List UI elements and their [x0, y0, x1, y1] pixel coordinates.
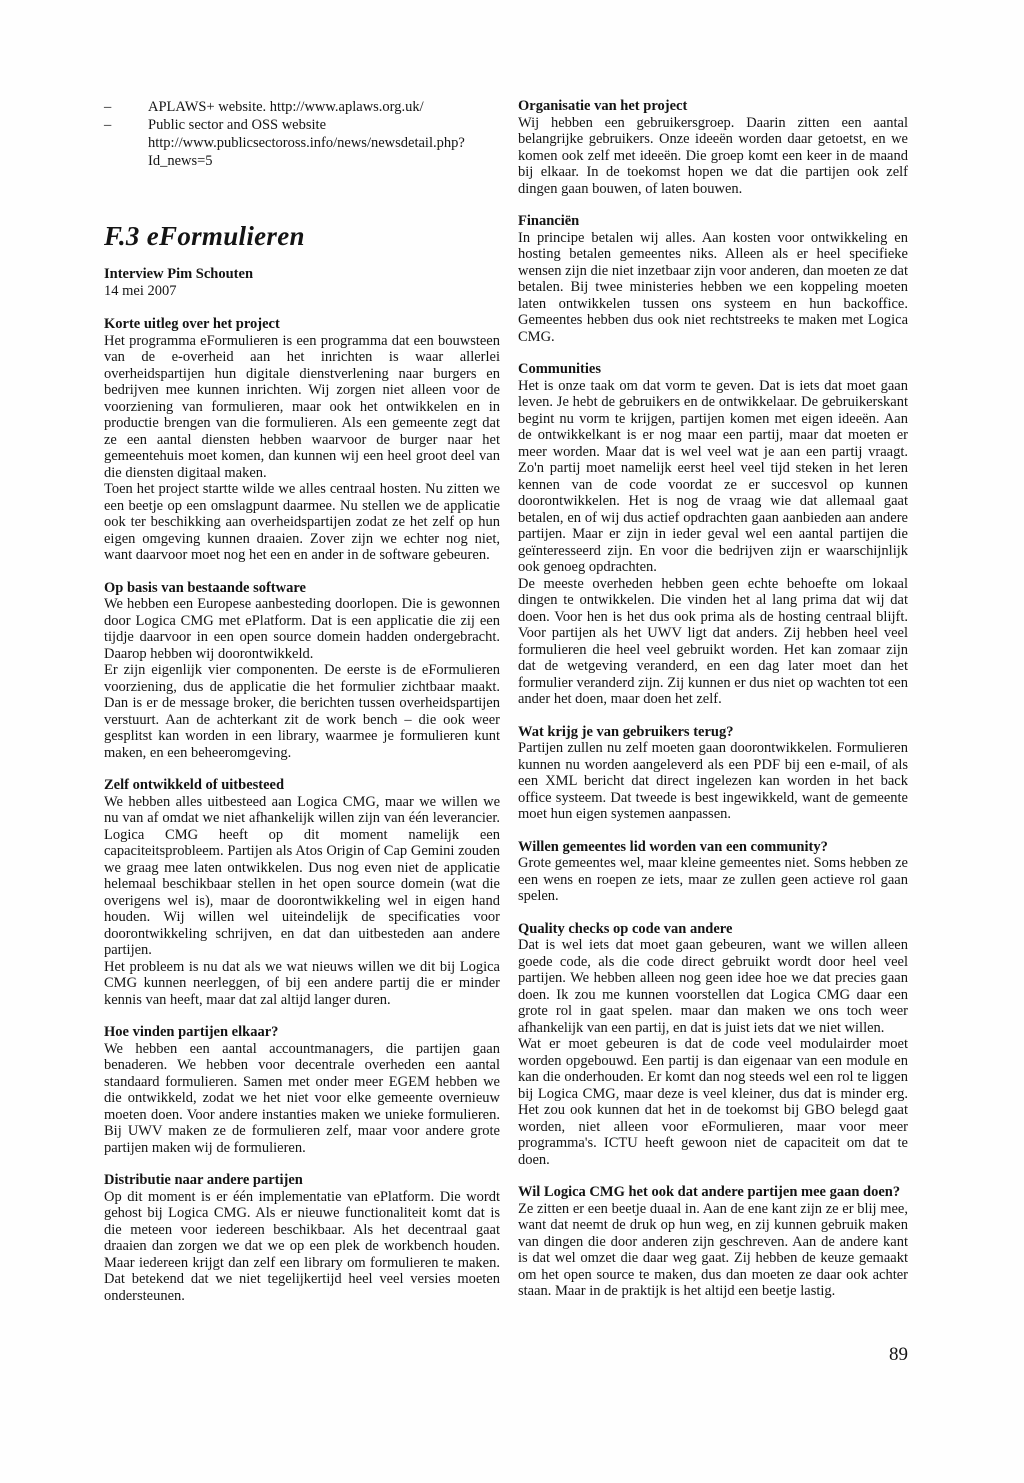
section-heading: Financiën — [518, 213, 908, 230]
paragraph: Ze zitten er een beetje duaal in. Aan de… — [518, 1201, 908, 1300]
paragraph: Het is onze taak om dat vorm te geven. D… — [518, 378, 908, 576]
paragraph: Het probleem is nu dat als we wat nieuws… — [104, 959, 500, 1009]
interview-section: Op basis van bestaande softwareWe hebben… — [104, 580, 500, 762]
reference-line: APLAWS+ website. http://www.aplaws.org.u… — [148, 98, 500, 116]
reference-line: Id_news=5 — [148, 152, 500, 170]
interview-section: Quality checks op code van andereDat is … — [518, 921, 908, 1169]
interview-heading: Interview Pim Schouten — [104, 266, 500, 283]
paragraph: Wij hebben een gebruikersgroep. Daarin z… — [518, 115, 908, 198]
reference-item: –Public sector and OSS websitehttp://www… — [104, 116, 500, 170]
interview-date: 14 mei 2007 — [104, 283, 500, 300]
right-column: Organisatie van het projectWij hebben ee… — [518, 98, 908, 1304]
reference-line: http://www.publicsectoross.info/news/new… — [148, 134, 500, 152]
section-heading: Willen gemeentes lid worden van een comm… — [518, 839, 908, 856]
reference-line: Public sector and OSS website — [148, 116, 500, 134]
paragraph: Partijen zullen nu zelf moeten gaan door… — [518, 740, 908, 823]
page-content: –APLAWS+ website. http://www.aplaws.org.… — [104, 98, 908, 1304]
paragraph: We hebben alles uitbesteed aan Logica CM… — [104, 794, 500, 959]
paragraph: We hebben een Europese aanbesteding door… — [104, 596, 500, 662]
interview-section: Korte uitleg over het projectHet program… — [104, 316, 500, 564]
dash-bullet: – — [104, 98, 148, 116]
interview-section: CommunitiesHet is onze taak om dat vorm … — [518, 361, 908, 708]
paragraph: Wat er moet gebeuren is dat de code veel… — [518, 1036, 908, 1168]
interview-section: Wil Logica CMG het ook dat andere partij… — [518, 1184, 908, 1300]
section-heading: Korte uitleg over het project — [104, 316, 500, 333]
interview-section: Zelf ontwikkeld of uitbesteedWe hebben a… — [104, 777, 500, 1008]
interview-section: Willen gemeentes lid worden van een comm… — [518, 839, 908, 905]
interview-section: Distributie naar andere partijenOp dit m… — [104, 1172, 500, 1304]
paragraph: Dat is wel iets dat moet gaan gebeuren, … — [518, 937, 908, 1036]
interview-section: Organisatie van het projectWij hebben ee… — [518, 98, 908, 197]
paragraph: We hebben een aantal accountmanagers, di… — [104, 1041, 500, 1157]
section-heading: Communities — [518, 361, 908, 378]
reference-text: Public sector and OSS websitehttp://www.… — [148, 116, 500, 170]
right-column-sections: Organisatie van het projectWij hebben ee… — [518, 98, 908, 1300]
document-page: –APLAWS+ website. http://www.aplaws.org.… — [0, 0, 1024, 1483]
section-heading: Distributie naar andere partijen — [104, 1172, 500, 1189]
reference-item: –APLAWS+ website. http://www.aplaws.org.… — [104, 98, 500, 116]
paragraph: In principe betalen wij alles. Aan koste… — [518, 230, 908, 346]
paragraph: De meeste overheden hebben geen echte be… — [518, 576, 908, 708]
left-column-sections: Korte uitleg over het projectHet program… — [104, 316, 500, 1304]
section-heading: Organisatie van het project — [518, 98, 908, 115]
interview-meta: Interview Pim Schouten 14 mei 2007 — [104, 266, 500, 300]
reference-list: –APLAWS+ website. http://www.aplaws.org.… — [104, 98, 500, 170]
section-heading: Zelf ontwikkeld of uitbesteed — [104, 777, 500, 794]
interview-section: Hoe vinden partijen elkaar?We hebben een… — [104, 1024, 500, 1156]
interview-section: FinanciënIn principe betalen wij alles. … — [518, 213, 908, 345]
section-heading: Wat krijg je van gebruikers terug? — [518, 724, 908, 741]
section-heading: Quality checks op code van andere — [518, 921, 908, 938]
paragraph: Grote gemeentes wel, maar kleine gemeent… — [518, 855, 908, 905]
section-heading: Op basis van bestaande software — [104, 580, 500, 597]
paragraph: Op dit moment is er één implementatie va… — [104, 1189, 500, 1305]
interview-section: Wat krijg je van gebruikers terug?Partij… — [518, 724, 908, 823]
section-heading: Hoe vinden partijen elkaar? — [104, 1024, 500, 1041]
paragraph: Toen het project startte wilde we alles … — [104, 481, 500, 564]
appendix-title: F.3 eFormulieren — [104, 220, 500, 253]
paragraph: Het programma eFormulieren is een progra… — [104, 333, 500, 482]
page-number: 89 — [889, 1344, 908, 1366]
section-heading: Wil Logica CMG het ook dat andere partij… — [518, 1184, 908, 1201]
paragraph: Er zijn eigenlijk vier componenten. De e… — [104, 662, 500, 761]
dash-bullet: – — [104, 116, 148, 170]
left-column: –APLAWS+ website. http://www.aplaws.org.… — [104, 98, 500, 1304]
reference-text: APLAWS+ website. http://www.aplaws.org.u… — [148, 98, 500, 116]
